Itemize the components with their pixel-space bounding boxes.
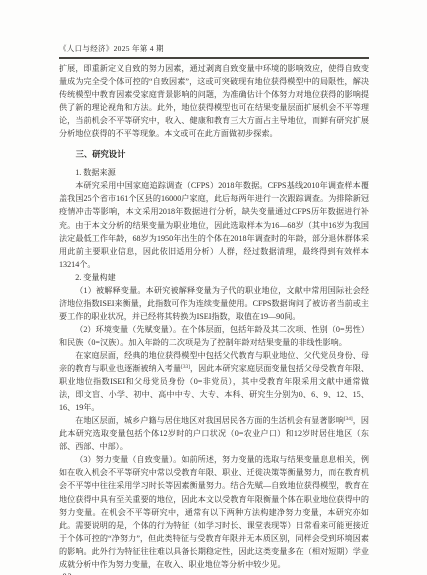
paragraph: （3）努力变量（自致变量）。如前所述，努力变量的选取与结果变量息息相关，例如在收…	[59, 453, 369, 570]
sub-heading: 2. 变量构建	[59, 271, 369, 284]
paragraph-text: （2）环境变量（先赋变量）。在个体层面，包括年龄及其二次项、性别（0=男性）和民…	[59, 325, 369, 347]
paragraph: 扩展，即重新定义自致的努力因素，通过剥离自致变量中环境的影响效应，使得自致变量成…	[59, 62, 369, 140]
paper-page: 《人口与经济》2025 年第 4 期 扩展，即重新定义自致的努力因素，通过剥离自…	[0, 0, 427, 575]
paragraph: 在地区层面，城乡户籍与居住地区对我国居民各方面的生活机会有显著影响[34]，因此…	[59, 414, 369, 453]
paragraph-text: 在地区层面，城乡户籍与居住地区对我国居民各方面的生活机会有显著影响	[75, 416, 344, 425]
paragraph-text: 本研究采用中国家庭追踪调查（CFPS）2018年数据。CFPS基线2010年调查…	[59, 181, 369, 268]
paragraph-text: （3）努力变量（自致变量）。如前所述，努力变量的选取与结果变量息息相关，例如在收…	[59, 455, 369, 568]
citation-ref: [34]	[344, 416, 353, 422]
paragraph-text: 2. 变量构建	[75, 273, 115, 282]
paragraph-text: 三、研究设计	[76, 150, 126, 159]
paragraph-text: 1. 数据来源	[75, 168, 115, 177]
section-heading: 三、研究设计	[59, 148, 369, 161]
citation-ref: [33]	[181, 364, 190, 370]
page-content: 《人口与经济》2025 年第 4 期 扩展，即重新定义自致的努力因素，通过剥离自…	[59, 0, 369, 575]
article-body: 扩展，即重新定义自致的努力因素，通过剥离自致变量中环境的影响效应，使得自致变量成…	[59, 62, 369, 571]
paragraph: （1）被解释变量。本研究被解释变量为子代的职业地位，文献中常用国际社会经济地位指…	[59, 284, 369, 323]
paragraph: （2）环境变量（先赋变量）。在个体层面，包括年龄及其二次项、性别（0=男性）和民…	[59, 323, 369, 349]
paragraph-text: （1）被解释变量。本研究被解释变量为子代的职业地位，文献中常用国际社会经济地位指…	[59, 286, 369, 321]
journal-header: 《人口与经济》2025 年第 4 期	[59, 44, 369, 59]
paragraph-text: 扩展，即重新定义自致的努力因素，通过剥离自致变量中环境的影响效应，使得自致变量成…	[59, 64, 369, 138]
paragraph: 在家庭层面，经典的地位获得模型中包括父代教育与职业地位、父代党员身份、母亲的教育…	[59, 349, 369, 414]
sub-heading: 1. 数据来源	[59, 166, 369, 179]
paragraph: 本研究采用中国家庭追踪调查（CFPS）2018年数据。CFPS基线2010年调查…	[59, 179, 369, 270]
